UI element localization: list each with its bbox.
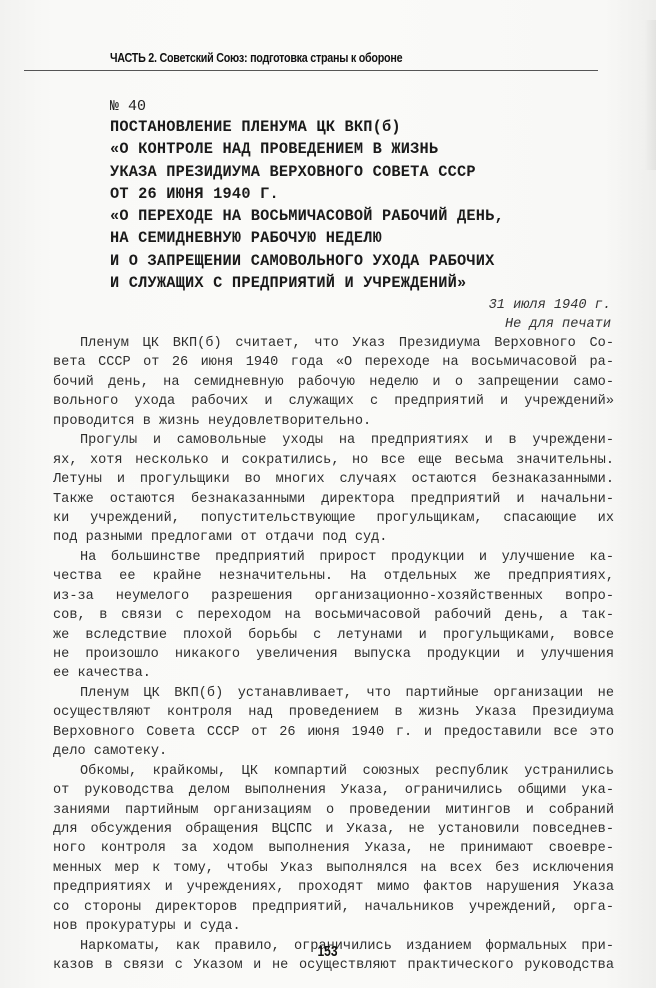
text-line: из-за неумелого разрешения организационн… <box>53 587 614 606</box>
document-date: 31 июля 1940 г. <box>489 296 611 315</box>
text-line: сов, в связи с переходом на восьмичасово… <box>53 606 614 625</box>
text-line: для обсуждения обращения ВЦСПС и Указа, … <box>53 820 614 839</box>
title-line: И СЛУЖАЩИХ С ПРЕДПРИЯТИЙ И УЧРЕЖДЕНИЙ» <box>110 272 504 294</box>
title-line: И О ЗАПРЕЩЕНИИ САМОВОЛЬНОГО УХОДА РАБОЧИ… <box>110 250 504 272</box>
page-number-text: 153 <box>318 943 338 960</box>
page-number: 153 <box>0 943 656 960</box>
text-line: Пленум ЦК ВКП(б) устанавливает, что парт… <box>53 684 614 703</box>
text-line: Прогулы и самовольные уходы на предприят… <box>53 431 614 450</box>
title-line: ОТ 26 ИЮНЯ 1940 Г. <box>110 183 504 205</box>
text-line: под разными предлогами от отдачи под суд… <box>53 528 614 547</box>
title-line: УКАЗА ПРЕЗИДИУМА ВЕРХОВНОГО СОВЕТА СССР <box>110 161 504 183</box>
text-line: заниями партийным организациям о проведе… <box>53 801 614 820</box>
text-line: менных мер к тому, чтобы Указ выполнялся… <box>53 859 614 878</box>
text-line: вета СССР от 26 июня 1940 года «О перехо… <box>53 353 614 372</box>
title-line: «О КОНТРОЛЕ НАД ПРОВЕДЕНИЕМ В ЖИЗНЬ <box>110 138 504 160</box>
text-line: Летуны и прогульщики во многих случаях о… <box>53 470 614 489</box>
text-line: Также остаются безнаказанными директора … <box>53 490 614 509</box>
text-line: На большинстве предприятий прирост проду… <box>53 548 614 567</box>
text-line: Пленум ЦК ВКП(б) считает, что Указ Прези… <box>53 334 614 353</box>
title-line: «О ПЕРЕХОДЕ НА ВОСЬМИЧАСОВОЙ РАБОЧИЙ ДЕН… <box>110 205 504 227</box>
header-rule <box>24 70 598 71</box>
paragraph: На большинстве предприятий прирост проду… <box>53 548 614 684</box>
text-line: осуществляют контроля над проведением в … <box>53 703 614 722</box>
text-line: дело самотеку. <box>53 742 614 761</box>
text-line: проводится в жизнь неудовлетворительно. <box>53 412 614 431</box>
document-meta: 31 июля 1940 г. Не для печати <box>489 296 611 334</box>
title-line: НА СЕМИДНЕВНУЮ РАБОЧУЮ НЕДЕЛЮ <box>110 227 504 249</box>
text-line: чества ее крайне незначительны. На отдел… <box>53 567 614 586</box>
paragraph: Пленум ЦК ВКП(б) считает, что Указ Прези… <box>53 334 614 431</box>
text-line: от руководства делом выполнения Указа, о… <box>53 781 614 800</box>
document-title: ПОСТАНОВЛЕНИЕ ПЛЕНУМА ЦК ВКП(б) «О КОНТР… <box>110 116 504 294</box>
document-number: № 40 <box>110 98 146 115</box>
document-body: Пленум ЦК ВКП(б) считает, что Указ Прези… <box>53 334 614 975</box>
text-line: Верховного Совета СССР от 26 июня 1940 г… <box>53 723 614 742</box>
text-line: же вследствие плохой борьбы с летунами и… <box>53 626 614 645</box>
text-line: ки учреждений, попустительствующие прогу… <box>53 509 614 528</box>
text-line: ного контроля за ходом выполнения Указа,… <box>53 839 614 858</box>
text-line: Обкомы, крайкомы, ЦК компартий союзных р… <box>53 762 614 781</box>
text-line: ях, хотя несколько и сократились, но все… <box>53 451 614 470</box>
title-line: ПОСТАНОВЛЕНИЕ ПЛЕНУМА ЦК ВКП(б) <box>110 116 504 138</box>
text-line: предприятиях и учреждениях, проходят мим… <box>53 878 614 897</box>
paragraph: Прогулы и самовольные уходы на предприят… <box>53 431 614 548</box>
paragraph: Пленум ЦК ВКП(б) устанавливает, что парт… <box>53 684 614 762</box>
running-head: ЧАСТЬ 2. Советский Союз: подготовка стра… <box>110 51 402 65</box>
page-edge-shadow <box>644 20 656 170</box>
text-line: нов прокуратуры и суда. <box>53 917 614 936</box>
text-line: не произошло никакого увеличения выпуска… <box>53 645 614 664</box>
text-line: ее качества. <box>53 664 614 683</box>
paragraph: Обкомы, крайкомы, ЦК компартий союзных р… <box>53 762 614 937</box>
text-line: вольного ухода рабочих и служащих с пред… <box>53 392 614 411</box>
text-line: бочий день, на семидневную рабочую недел… <box>53 373 614 392</box>
classification-note: Не для печати <box>489 315 611 334</box>
book-page: ЧАСТЬ 2. Советский Союз: подготовка стра… <box>0 0 656 988</box>
text-line: со стороны директоров предприятий, начал… <box>53 898 614 917</box>
